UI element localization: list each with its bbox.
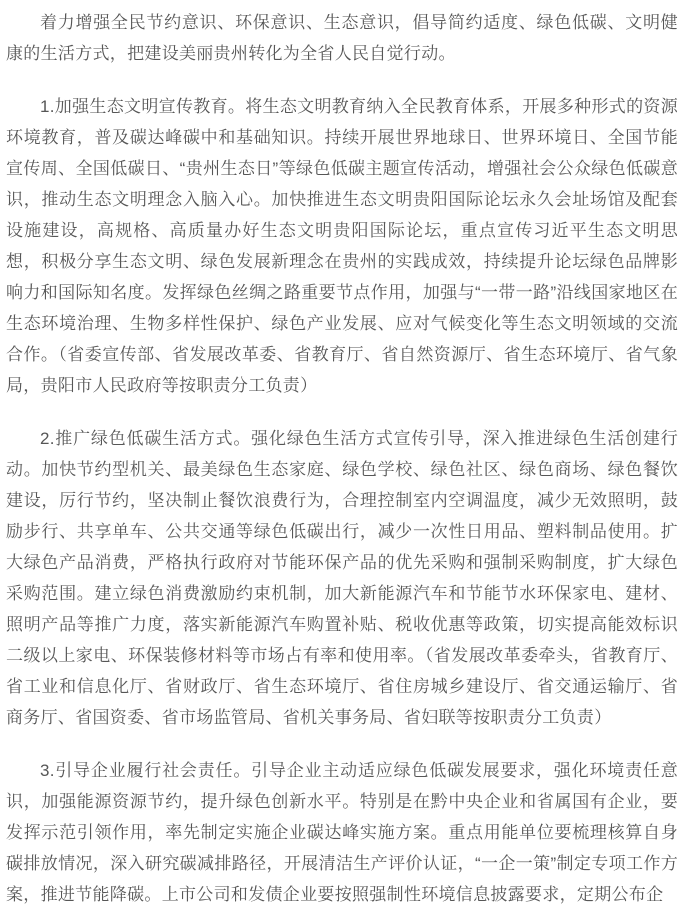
paragraph-item-3: 3.引导企业履行社会责任。引导企业主动适应绿色低碳发展要求，强化环境责任意识，加… xyxy=(6,755,678,906)
document-page: 着力增强全民节约意识、环保意识、生态意识，倡导简约适度、绿色低碳、文明健康的生活… xyxy=(0,0,684,906)
paragraph-item-2: 2.推广绿色低碳生活方式。强化绿色生活方式宣传引导，深入推进绿色生活创建行动。加… xyxy=(6,423,678,733)
paragraph-item-1: 1.加强生态文明宣传教育。将生态文明教育纳入全民教育体系，开展多种形式的资源环境… xyxy=(6,91,678,401)
paragraph-intro: 着力增强全民节约意识、环保意识、生态意识，倡导简约适度、绿色低碳、文明健康的生活… xyxy=(6,7,678,69)
